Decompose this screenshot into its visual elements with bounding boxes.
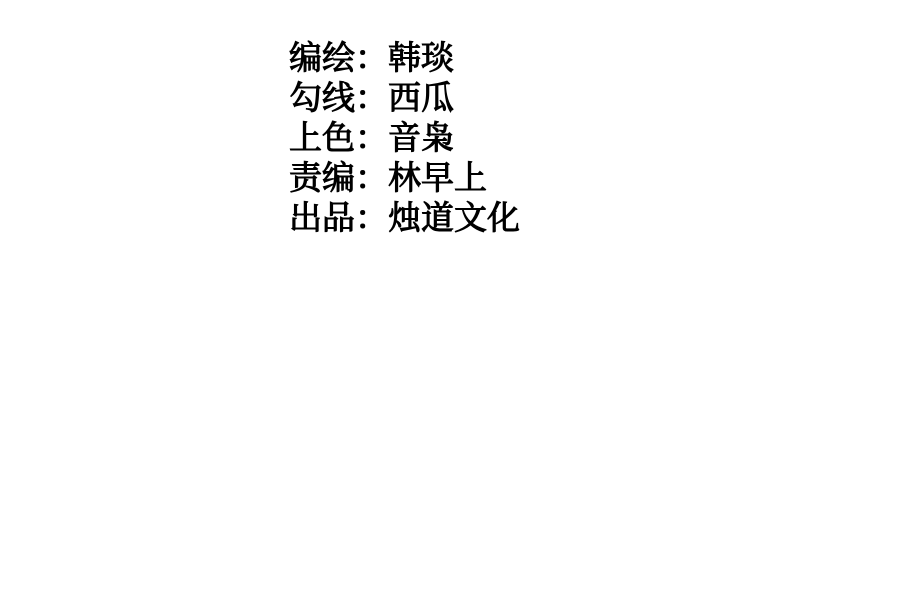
credit-line-coloring: 上色：音枭 [289, 118, 520, 158]
credits-page: 编绘：韩琰 勾线：西瓜 上色：音枭 责编：林早上 出品：烛道文化 [0, 0, 900, 592]
credit-line-lineart: 勾线：西瓜 [289, 78, 520, 118]
credit-line-editor: 责编：林早上 [289, 158, 520, 198]
credit-line-artist: 编绘：韩琰 [289, 38, 520, 78]
credits-block: 编绘：韩琰 勾线：西瓜 上色：音枭 责编：林早上 出品：烛道文化 [289, 38, 520, 238]
credit-line-production: 出品：烛道文化 [289, 198, 520, 238]
